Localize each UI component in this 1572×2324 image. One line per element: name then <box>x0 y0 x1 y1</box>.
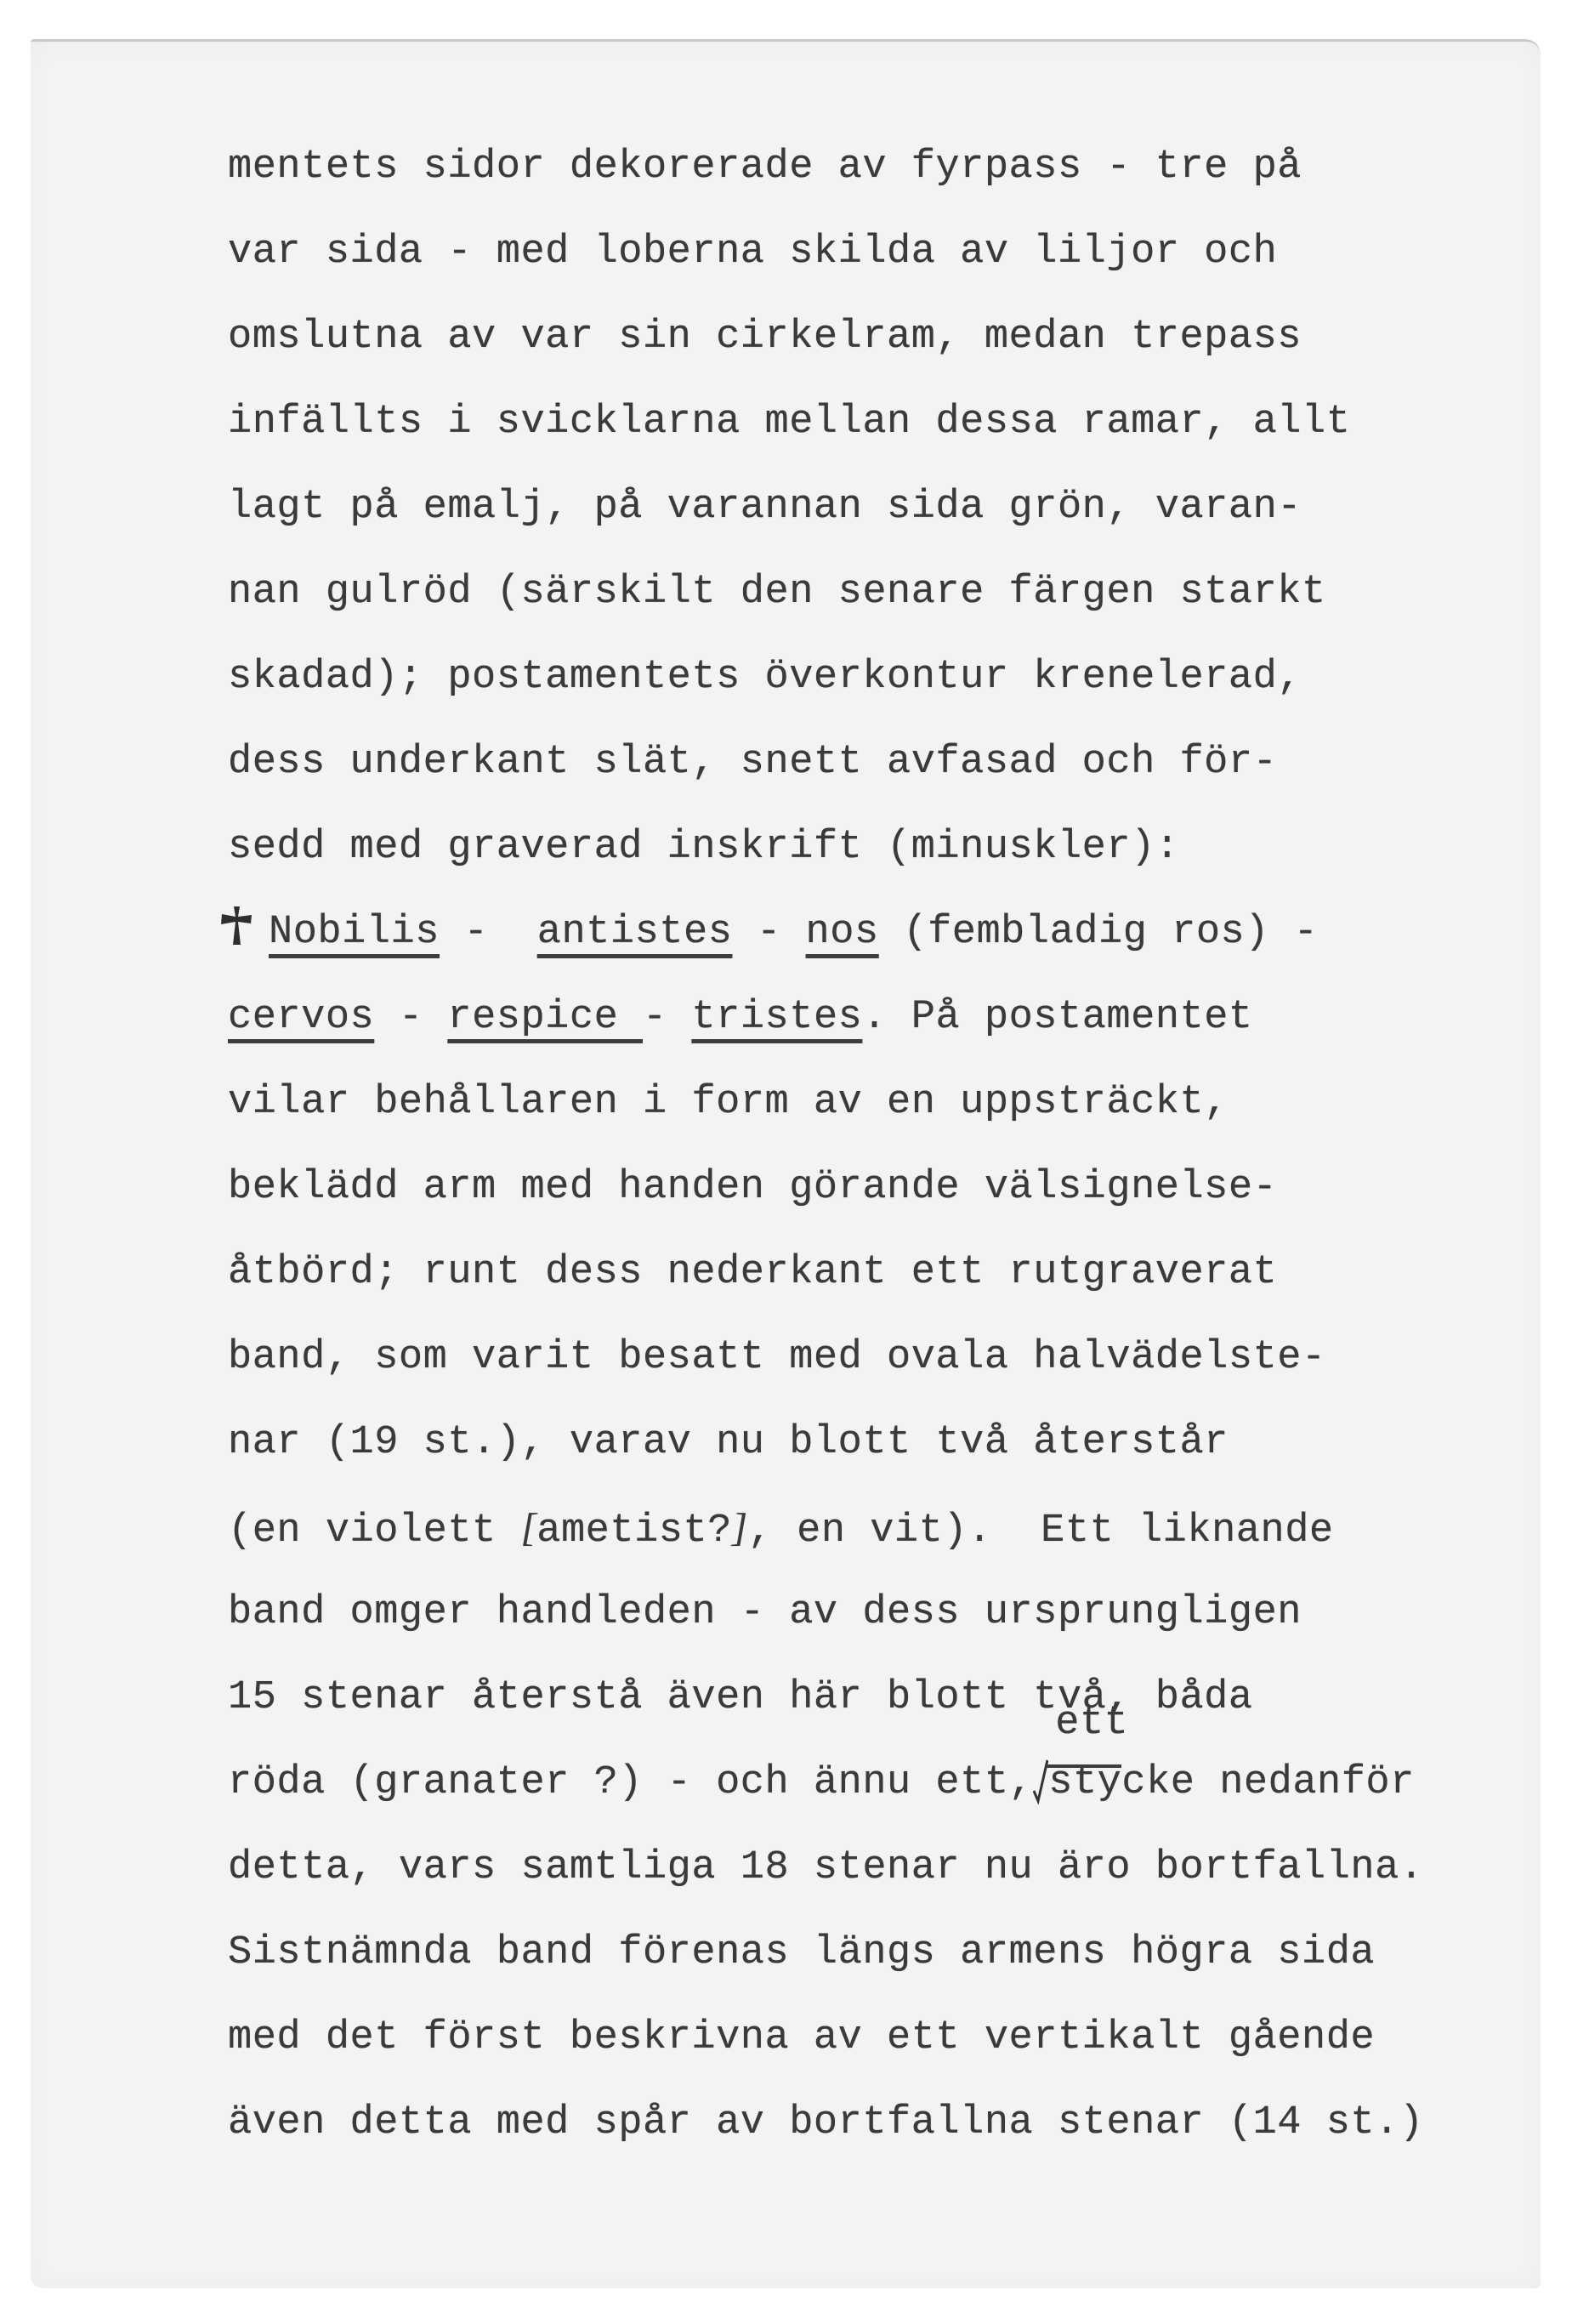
insertion-caret-icon <box>1033 1753 1048 1804</box>
text-line: band omger handleden - av dess ursprungl… <box>228 1571 1554 1656</box>
struck-text: sty <box>1048 1741 1121 1826</box>
inscription-word: Nobilis <box>269 910 440 955</box>
inscription-word: nos <box>806 910 879 955</box>
text-line: även detta med spår av bortfallna stenar… <box>228 2081 1554 2166</box>
text-line: lagt på emalj, på varannan sida grön, va… <box>228 465 1554 550</box>
typewritten-page: mentets sidor dekorerade av fyrpass - tr… <box>31 39 1541 2288</box>
separator: - <box>440 910 537 955</box>
text-line: sedd med graverad inskrift (minuskler): <box>228 805 1554 890</box>
text-line: Sistnämnda band förenas längs armens hög… <box>228 1911 1554 1996</box>
inscription-note: (fembladig ros) - <box>879 910 1319 955</box>
inscription-word: antistes <box>537 910 733 955</box>
text-line: vilar behållaren i form av en uppsträckt… <box>228 1060 1554 1145</box>
text-line: dess underkant slät, snett avfasad och f… <box>228 720 1554 805</box>
close-bracket: ] <box>732 1506 748 1550</box>
text-line: skadad); postamentets överkontur krenele… <box>228 635 1554 720</box>
inserted-word: ett <box>1055 1703 1128 1743</box>
text-line: var sida - med loberna skilda av liljor … <box>228 210 1554 295</box>
separator: - <box>732 910 805 955</box>
text-line: beklädd arm med handen görande välsignel… <box>228 1145 1554 1230</box>
inscription-word: respice <box>447 995 643 1040</box>
separator: - <box>374 995 447 1040</box>
text-line: mentets sidor dekorerade av fyrpass - tr… <box>228 125 1554 210</box>
correction-line: röda (granater ?) - och ännu ett,ettstyc… <box>228 1741 1554 1826</box>
text-fragment: cke nedanför <box>1121 1760 1414 1805</box>
text-line: med det först beskrivna av ett vertikalt… <box>228 1996 1554 2081</box>
text-line: åtbörd; runt dess nederkant ett rutgrave… <box>228 1230 1554 1315</box>
cross-pattee-icon <box>219 905 253 947</box>
inscription-word: tristes <box>691 995 862 1040</box>
text-fragment: , en vit). Ett liknande <box>748 1509 1334 1554</box>
bracket-line: (en violett [ametist?], en vit). Ett lik… <box>228 1486 1554 1571</box>
text-line: nar (19 st.), varav nu blott två återstå… <box>228 1401 1554 1486</box>
text-line: band, som varit besatt med ovala halväde… <box>228 1315 1554 1401</box>
text-line: omslutna av var sin cirkelram, medan tre… <box>228 295 1554 380</box>
text-line: infällts i svicklarna mellan dessa ramar… <box>228 380 1554 465</box>
inscription-word: cervos <box>228 995 374 1040</box>
text-fragment: . På postamentet <box>862 995 1252 1040</box>
text-line: detta, vars samtliga 18 stenar nu äro bo… <box>228 1826 1554 1911</box>
body-text: mentets sidor dekorerade av fyrpass - tr… <box>228 125 1554 2166</box>
insertion-group: ettsty <box>1048 1741 1121 1826</box>
inscription-line-2: cervos - respice - tristes. På postament… <box>228 975 1554 1060</box>
separator: - <box>643 995 691 1040</box>
inscription-line-1: Nobilis - antistes - nos (fembladig ros)… <box>219 890 1554 975</box>
open-bracket: [ <box>520 1506 536 1550</box>
text-line: 15 stenar återstå även här blott två, bå… <box>228 1656 1554 1741</box>
editorial-note: ametist? <box>536 1509 732 1554</box>
text-fragment: röda (granater ?) - och ännu ett, <box>228 1760 1033 1805</box>
text-line: nan gulröd (särskilt den senare färgen s… <box>228 550 1554 635</box>
text-fragment: (en violett <box>228 1509 520 1554</box>
